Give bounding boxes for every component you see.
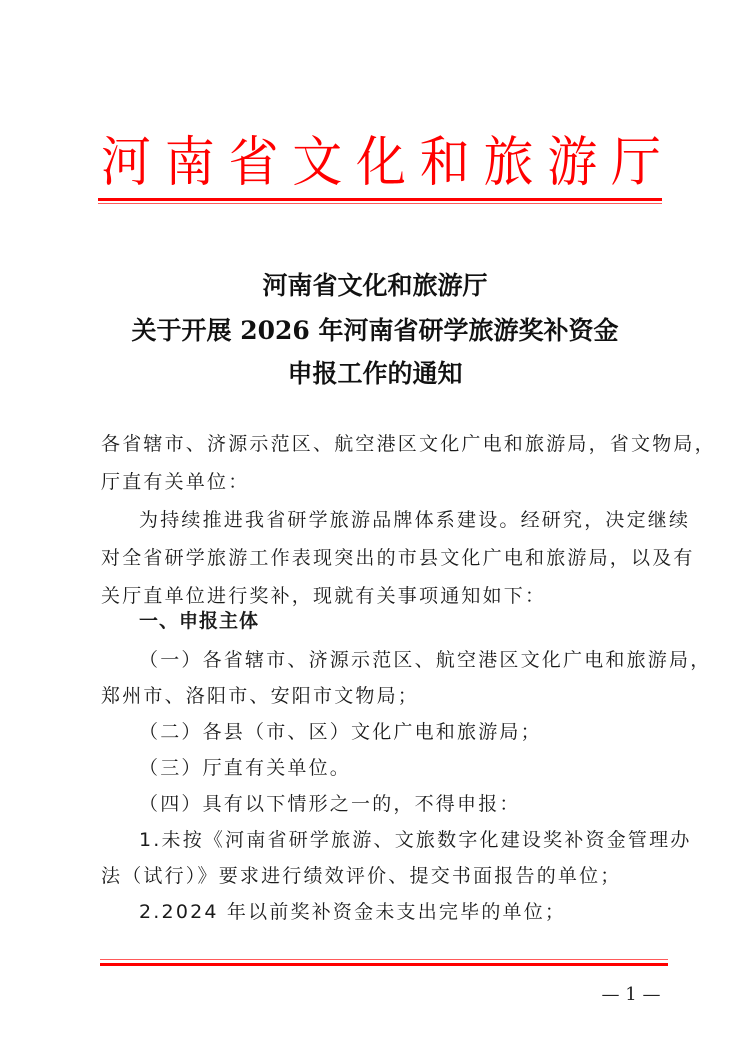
masthead-char: 文 [289, 130, 345, 195]
masthead-char: 和 [417, 130, 473, 195]
sub-item-2: 2.2024 年以前奖补资金未支出完毕的单位； [139, 899, 709, 925]
footer-rule-thick [100, 963, 668, 966]
item-1-line-1: （一）各省辖市、济源示范区、航空港区文化广电和旅游局， [139, 647, 709, 673]
document-title-line-1: 河南省文化和旅游厅 [0, 266, 750, 306]
intro-line-3: 关厅直单位进行奖补，现就有关事项通知如下： [101, 583, 671, 609]
masthead-char: 游 [544, 130, 600, 195]
document-title-line-2: 关于开展 2026 年河南省研学旅游奖补资金 [0, 311, 750, 351]
masthead-rule-thick [98, 198, 662, 201]
document-page: 河 南 省 文 化 和 旅 游 厅 河南省文化和旅游厅 关于开展 2026 年河… [0, 0, 750, 1059]
masthead-rule-thin [98, 203, 662, 204]
section-heading: 一、申报主体 [139, 608, 709, 634]
masthead-char: 南 [162, 130, 218, 195]
document-title-line-3: 申报工作的通知 [0, 354, 750, 394]
item-2: （二）各县（市、区）文化广电和旅游局； [139, 719, 709, 745]
addressee-line-1: 各省辖市、济源示范区、航空港区文化广电和旅游局，省文物局， [101, 431, 671, 457]
masthead-char: 化 [353, 130, 409, 195]
masthead-char: 厅 [608, 130, 664, 195]
masthead-char: 河 [98, 130, 154, 195]
item-1-line-2: 郑州市、洛阳市、安阳市文物局； [101, 683, 671, 709]
masthead-char: 旅 [481, 130, 537, 195]
page-number: — 1 — [596, 984, 666, 1005]
sub-item-1-line-2: 法（试行）》要求进行绩效评价、提交书面报告的单位； [101, 863, 671, 889]
sub-item-1-line-1: 1.未按《河南省研学旅游、文旅数字化建设奖补资金管理办 [139, 827, 709, 853]
intro-line-2: 对全省研学旅游工作表现突出的市县文化广电和旅游局，以及有 [101, 545, 671, 571]
masthead-char: 省 [226, 130, 282, 195]
item-3: （三）厅直有关单位。 [139, 755, 709, 781]
masthead-org-name: 河 南 省 文 化 和 旅 游 厅 [98, 132, 664, 192]
footer-rule-thin [100, 959, 668, 960]
item-4: （四）具有以下情形之一的，不得申报： [139, 791, 709, 817]
addressee-line-2: 厅直有关单位： [101, 469, 671, 495]
intro-line-1: 为持续推进我省研学旅游品牌体系建设。经研究，决定继续 [139, 507, 709, 533]
